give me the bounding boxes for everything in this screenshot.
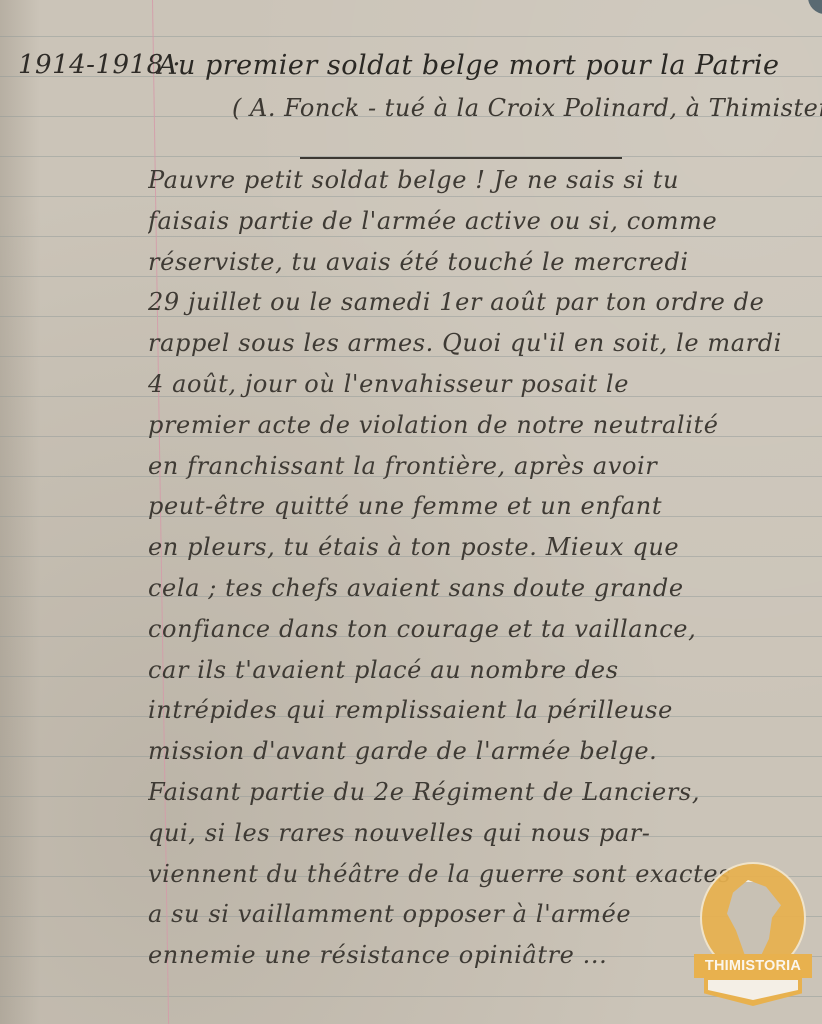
body-line: en franchissant la frontière, après avoi… [148,446,822,487]
notebook-page: 1914-1918 · Au premier soldat belge mort… [0,0,822,1024]
title-underline [300,157,622,159]
title-line-1: Au premier soldat belge mort pour la Pat… [158,50,780,81]
body-line: premier acte de violation de notre neutr… [148,405,822,446]
body-line: qui, si les rares nouvelles qui nous par… [148,813,822,854]
body-line: peut-être quitté une femme et un enfant [148,486,822,527]
body-line: Faisant partie du 2e Régiment de Lancier… [148,772,822,813]
body-line: faisais partie de l'armée active ou si, … [148,201,822,242]
date-heading: 1914-1918 · [18,50,181,80]
body-line: mission d'avant garde de l'armée belge. [148,731,822,772]
body-line: 29 juillet ou le samedi 1er août par ton… [148,282,822,323]
body-line: intrépides qui remplissaient la périlleu… [148,690,822,731]
body-line: en pleurs, tu étais à ton poste. Mieux q… [148,527,822,568]
thimistoria-watermark-logo: THIMISTORIA [694,862,812,1012]
body-line: rappel sous les armes. Quoi qu'il en soi… [148,323,822,364]
logo-label: THIMISTORIA [694,954,812,978]
letter-body: Pauvre petit soldat belge ! Je ne sais s… [148,160,822,976]
body-line: cela ; tes chefs avaient sans doute gran… [148,568,822,609]
body-line: Pauvre petit soldat belge ! Je ne sais s… [148,160,822,201]
title-line-2: ( A. Fonck - tué à la Croix Polinard, à … [232,94,822,122]
body-line: 4 août, jour où l'envahisseur posait le [148,364,822,405]
body-line: réserviste, tu avais été touché le mercr… [148,242,822,283]
body-line: car ils t'avaient placé au nombre des [148,650,822,691]
body-line: confiance dans ton courage et ta vaillan… [148,609,822,650]
